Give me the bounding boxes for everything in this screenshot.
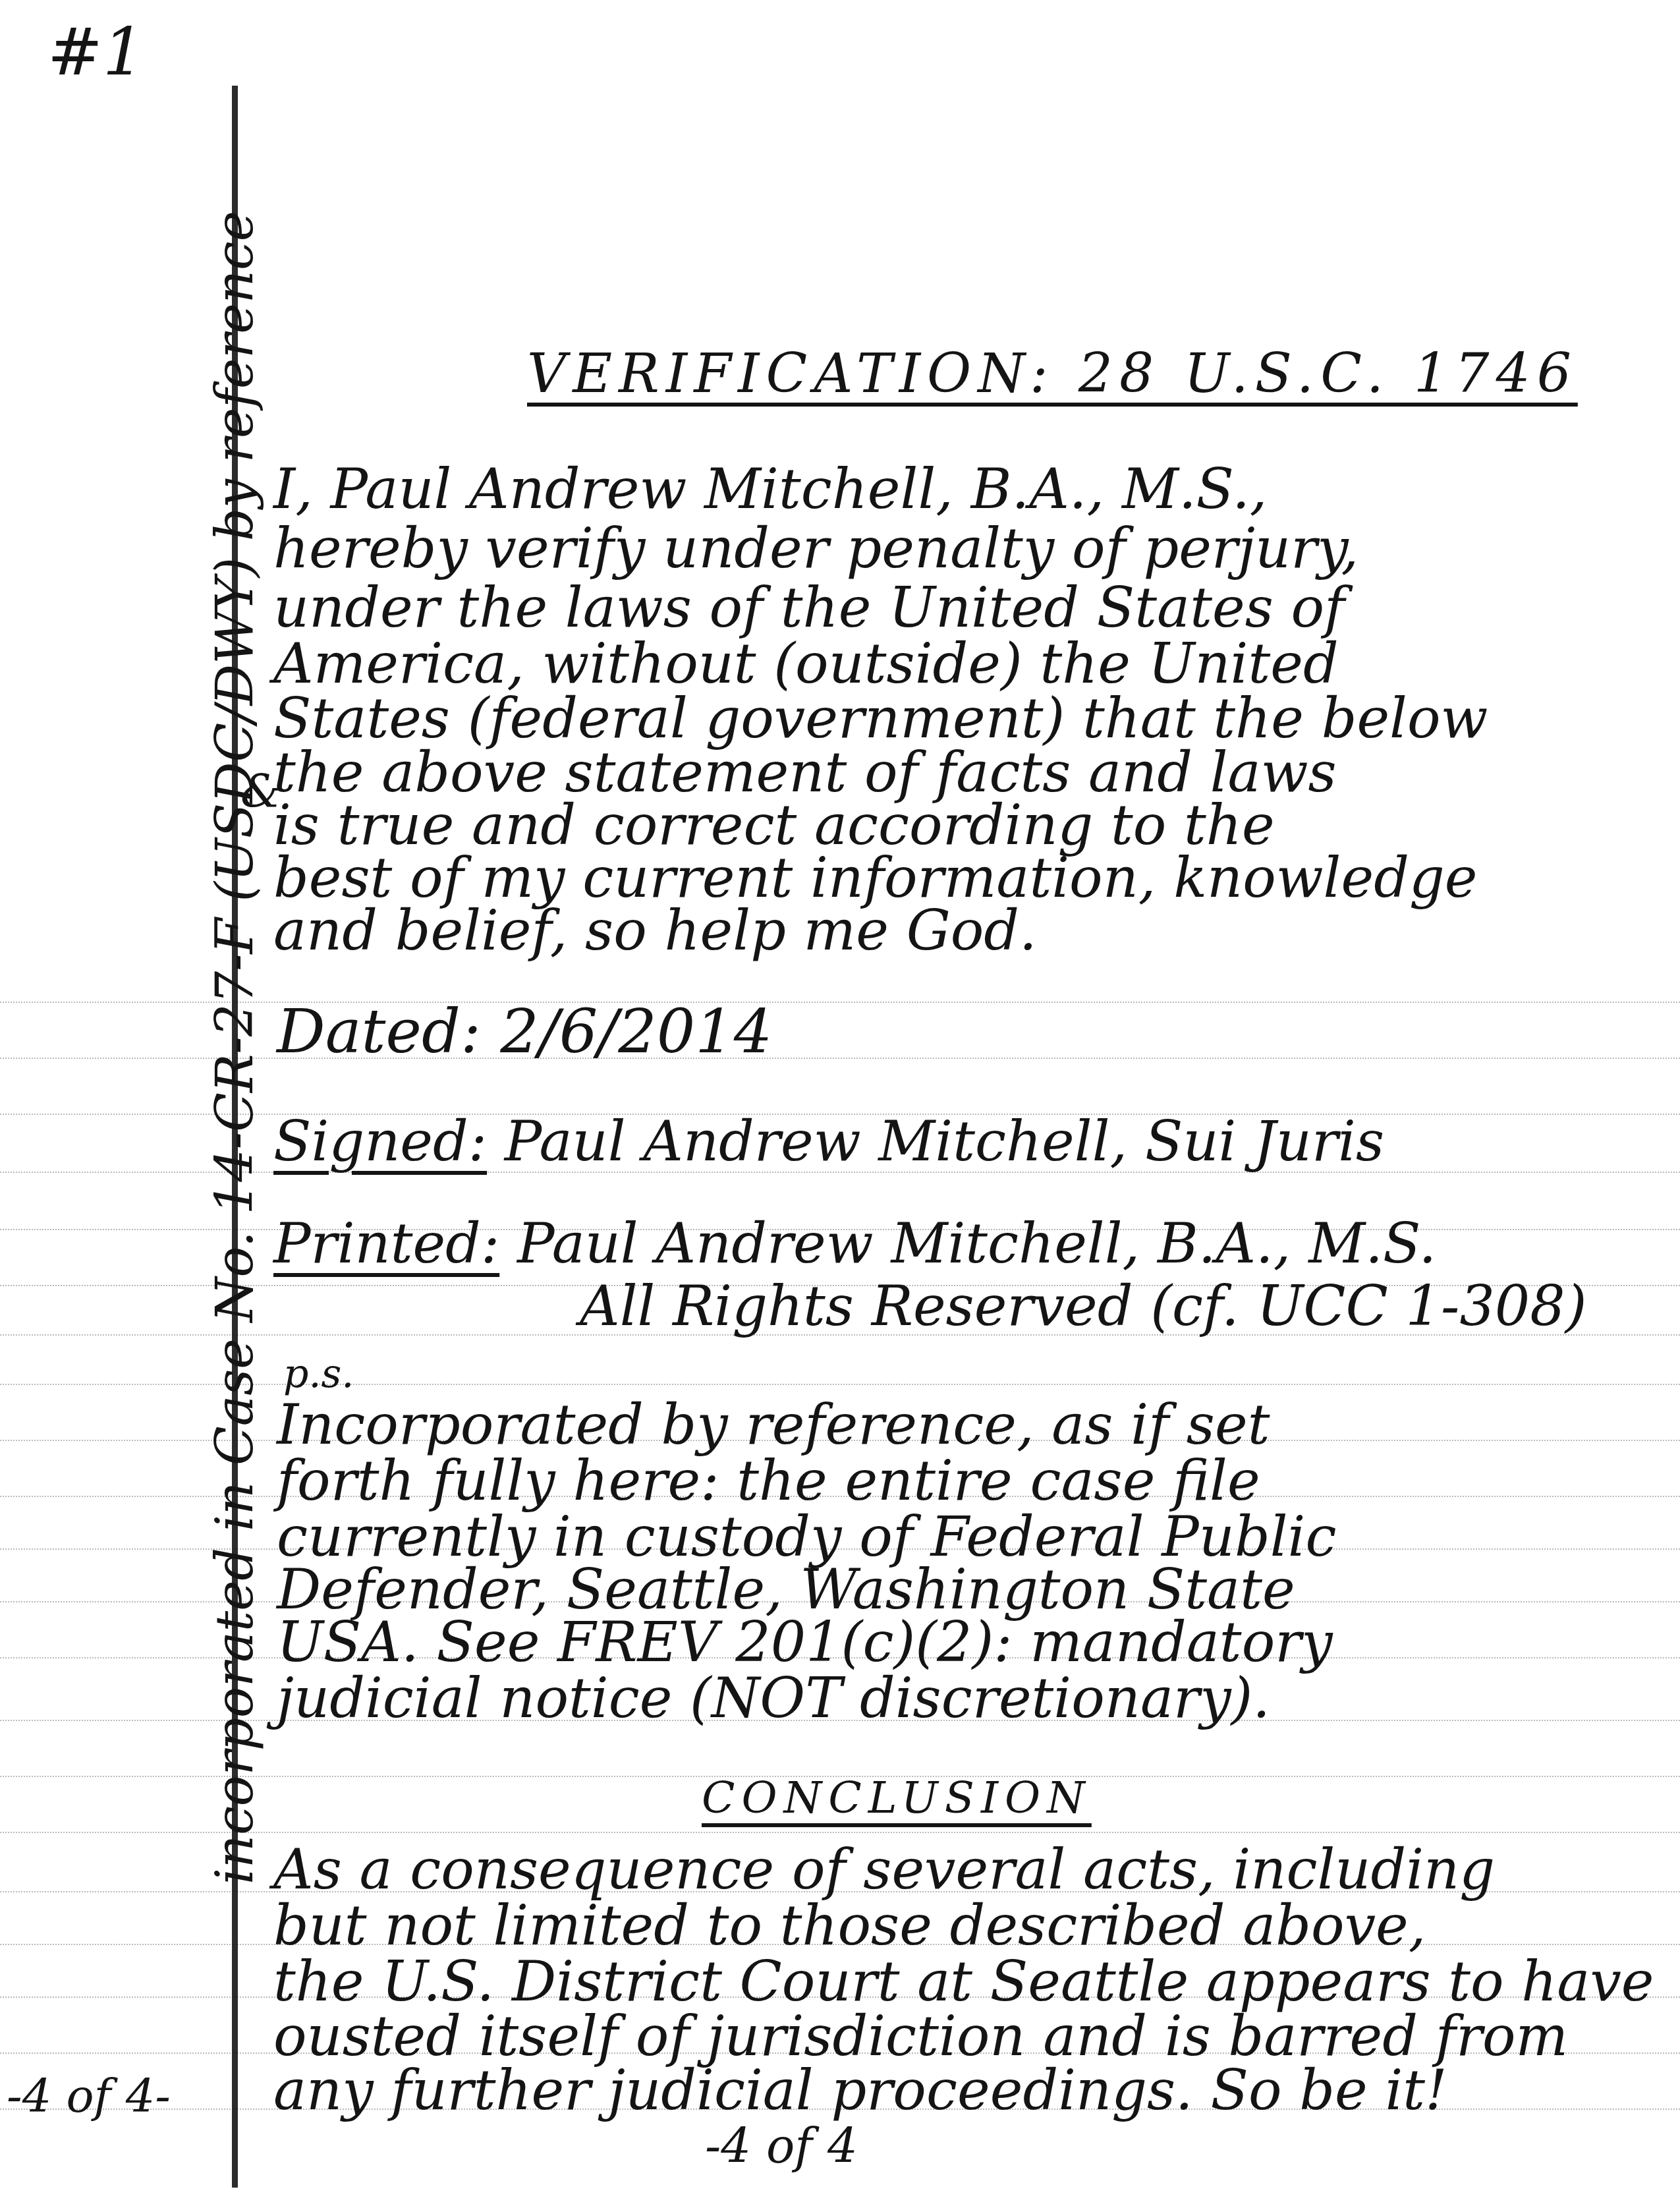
- rights-reserved: All Rights Reserved (cf. UCC 1-308): [580, 1278, 1587, 1334]
- verification-line: States (federal government) that the bel…: [273, 691, 1488, 746]
- ps-line: currently in custody of Federal Public: [277, 1509, 1336, 1564]
- printed-label: Printed:: [273, 1211, 499, 1276]
- ps-line: Defender, Seattle, Washington State: [277, 1562, 1295, 1617]
- verification-line: I, Paul Andrew Mitchell, B.A., M.S.,: [273, 461, 1268, 517]
- verification-line: the above statement of facts and laws: [273, 745, 1337, 800]
- verification-title: VERIFICATION: 28 U.S.C. 1746: [527, 343, 1578, 405]
- dated-label: Dated:: [277, 996, 481, 1067]
- dated-value: 2/6/2014: [500, 996, 772, 1067]
- margin-note: incorporated in Case No. 14-CR-27-F (USD…: [206, 211, 265, 1884]
- conclusion-line: As a consequence of several acts, includ…: [273, 1842, 1495, 1897]
- page-marker-left: -4 of 4-: [7, 2069, 171, 2123]
- ps-line: forth fully here: the entire case file: [277, 1453, 1260, 1508]
- conclusion-line: any further judicial proceedings. So be …: [273, 2062, 1447, 2118]
- conclusion-line: but not limited to those described above…: [273, 1898, 1426, 1953]
- printed-name: Paul Andrew Mitchell, B.A., M.S.: [517, 1211, 1436, 1276]
- exhibit-label: #1: [47, 13, 144, 90]
- signed-label: Signed:: [273, 1109, 487, 1174]
- ps-line: Incorporated by reference, as if set: [277, 1397, 1270, 1452]
- ps-line: USA. See FREV 201(c)(2): mandatory: [277, 1614, 1333, 1670]
- verification-heading: VERIFICATION: 28 U.S.C. 1746: [527, 343, 1578, 405]
- dated-row: Dated: 2/6/2014: [277, 1002, 772, 1062]
- signature: Paul Andrew Mitchell, Sui Juris: [505, 1109, 1384, 1174]
- conclusion-heading: CONCLUSION: [702, 1772, 1092, 1823]
- verification-line: and belief, so help me God.: [273, 903, 1037, 958]
- verification-line: hereby verify under penalty of perjury,: [273, 521, 1358, 576]
- ps-line: judicial notice (NOT discretionary).: [277, 1670, 1270, 1726]
- ps-label: p.s.: [283, 1351, 354, 1397]
- verification-line: is true and correct according to the: [273, 797, 1275, 853]
- verification-line: under the laws of the United States of: [273, 580, 1345, 635]
- conclusion-line: the U.S. District Court at Seattle appea…: [273, 1954, 1654, 2009]
- conclusion-title: CONCLUSION: [702, 1772, 1092, 1823]
- signed-row: Signed: Paul Andrew Mitchell, Sui Juris: [273, 1114, 1384, 1169]
- conclusion-line: ousted itself of jurisdiction and is bar…: [273, 2008, 1568, 2064]
- verification-line: America, without (outside) the United: [273, 636, 1339, 691]
- printed-row: Printed: Paul Andrew Mitchell, B.A., M.S…: [273, 1216, 1436, 1271]
- verification-line: best of my current information, knowledg…: [273, 850, 1477, 905]
- page-marker-bottom: -4 of 4: [705, 2118, 858, 2174]
